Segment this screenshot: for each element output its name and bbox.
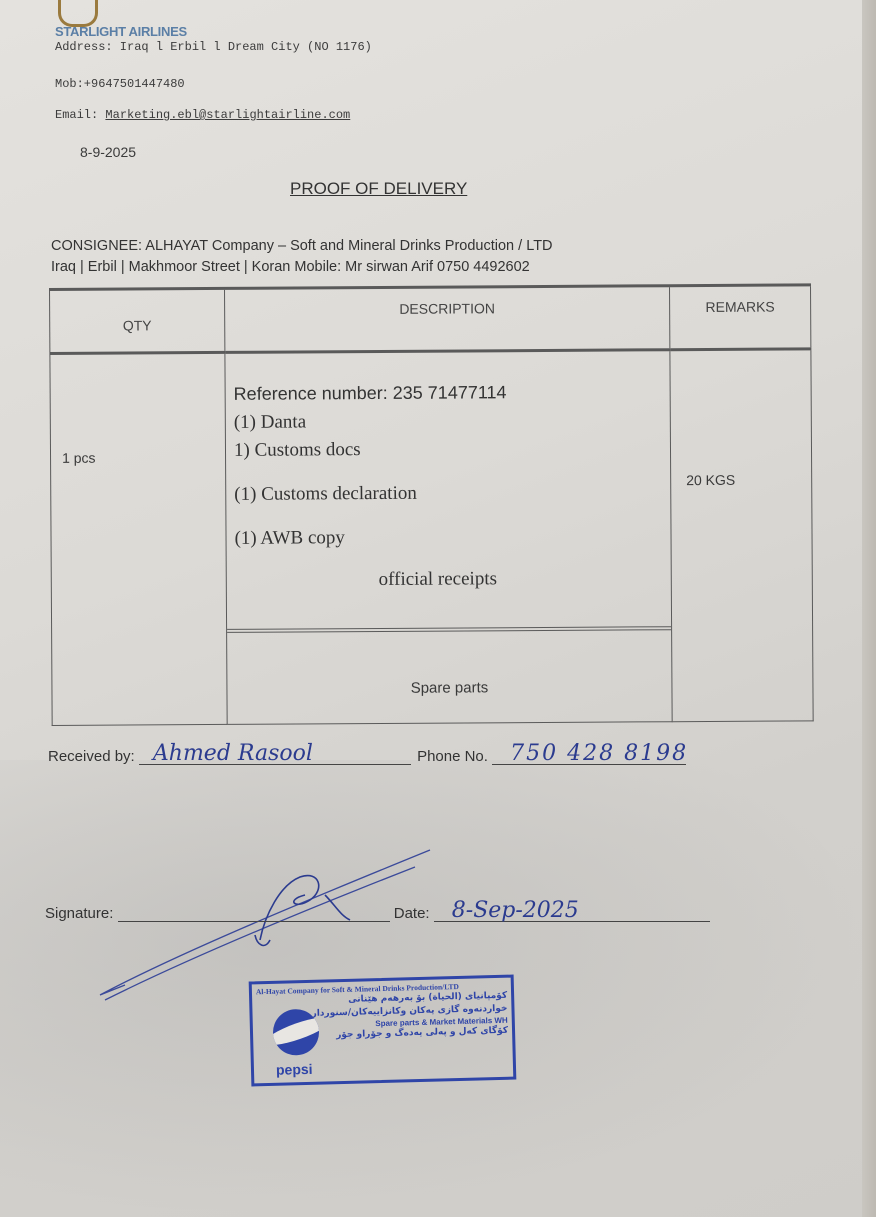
pepsi-logo-icon bbox=[272, 1009, 319, 1056]
address: Address: Iraq l Erbil l Dream City (NO 1… bbox=[55, 40, 372, 54]
email-row: Email: Marketing.ebl@starlightairline.co… bbox=[55, 108, 350, 122]
reference-number: Reference number: 235 71477114 bbox=[234, 381, 670, 405]
document-date: 8-9-2025 bbox=[80, 144, 136, 160]
consignee-line-2: Iraq | Erbil | Makhmoor Street | Koran M… bbox=[51, 257, 553, 278]
table-row: 1 pcs Reference number: 235 71477114 (1)… bbox=[50, 349, 813, 726]
received-by-row: Received by: Ahmed Rasool Phone No. 750 … bbox=[48, 746, 686, 765]
phone-value: 750 428 8198 bbox=[510, 741, 688, 766]
column-remarks: REMARKS bbox=[669, 285, 810, 350]
logo-icon bbox=[58, 0, 98, 27]
item-danta: (1) Danta bbox=[234, 406, 670, 437]
consignee-line-1: CONSIGNEE: ALHAYAT Company – Soft and Mi… bbox=[51, 236, 553, 257]
paper-edge bbox=[862, 0, 876, 1217]
email-label: Email: bbox=[55, 108, 105, 122]
column-qty: QTY bbox=[50, 288, 225, 353]
description-cell: Reference number: 235 71477114 (1) Danta… bbox=[225, 350, 672, 725]
date-value: 8-Sep-2025 bbox=[452, 898, 579, 923]
column-description: DESCRIPTION bbox=[225, 286, 670, 353]
official-receipts: official receipts bbox=[235, 564, 671, 595]
phone-field[interactable]: 750 428 8198 bbox=[492, 746, 686, 765]
item-customs-declaration: (1) Customs declaration bbox=[234, 478, 670, 509]
spare-parts: Spare parts bbox=[227, 630, 671, 698]
date-label: Date: bbox=[394, 905, 430, 922]
qty-value: 1 pcs bbox=[51, 355, 224, 466]
remarks-value: 20 KGS bbox=[671, 351, 810, 488]
signature-row: Signature: Date: 8-Sep-2025 bbox=[45, 903, 710, 922]
page-title: PROOF OF DELIVERY bbox=[290, 179, 467, 199]
company-stamp: Al-Hayat Company for Soft & Mineral Drin… bbox=[249, 975, 517, 1087]
pepsi-wordmark: pepsi bbox=[276, 1061, 313, 1078]
phone-label: Phone No. bbox=[417, 748, 488, 765]
item-customs-docs: 1) Customs docs bbox=[234, 434, 670, 465]
table-header: QTY DESCRIPTION REMARKS bbox=[50, 285, 811, 354]
consignee: CONSIGNEE: ALHAYAT Company – Soft and Mi… bbox=[51, 236, 553, 278]
mobile: Mob:+9647501447480 bbox=[55, 77, 185, 91]
received-by-signature: Ahmed Rasool bbox=[153, 741, 313, 766]
item-awb-copy: (1) AWB copy bbox=[234, 522, 670, 553]
signature-field[interactable] bbox=[118, 903, 390, 922]
email-link[interactable]: Marketing.ebl@starlightairline.com bbox=[105, 108, 350, 122]
brand-name: STARLIGHT AIRLINES bbox=[55, 24, 187, 39]
delivery-table: QTY DESCRIPTION REMARKS 1 pcs Reference … bbox=[49, 283, 814, 726]
date-field[interactable]: 8-Sep-2025 bbox=[434, 903, 710, 922]
received-by-label: Received by: bbox=[48, 748, 135, 765]
received-by-field[interactable]: Ahmed Rasool bbox=[139, 746, 411, 765]
signature-label: Signature: bbox=[45, 905, 113, 922]
